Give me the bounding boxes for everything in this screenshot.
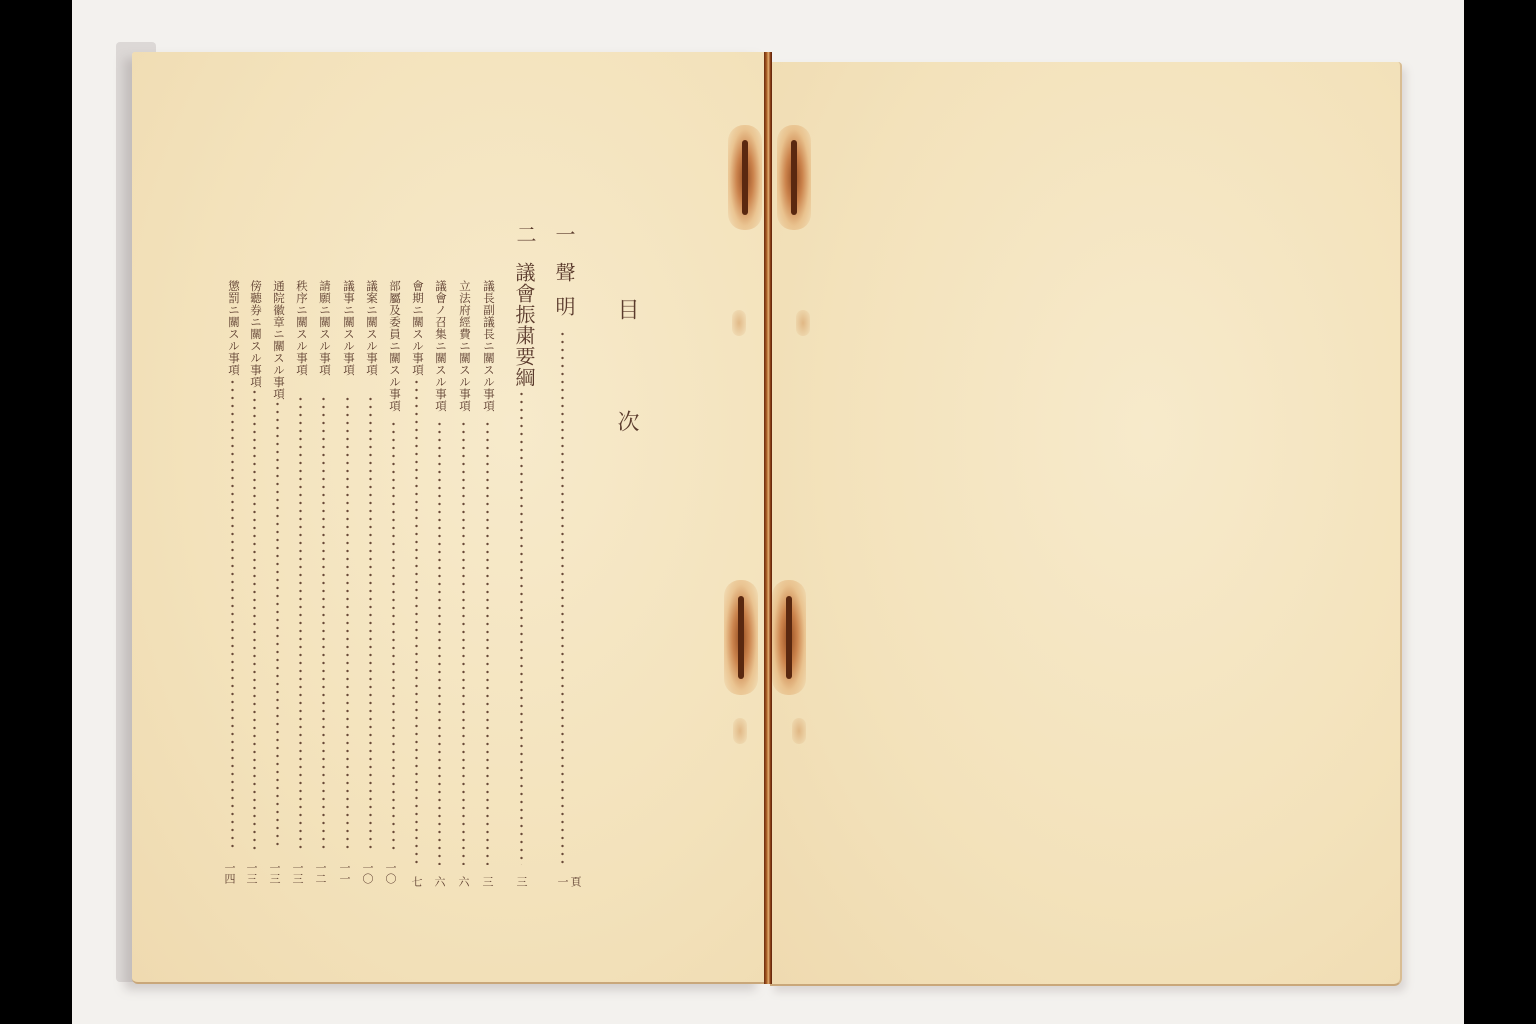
leader-dots <box>415 378 418 865</box>
leader-dots <box>462 420 465 865</box>
page-number: 一〇 <box>362 862 373 884</box>
toc-item: 傍聽券ニ關スル事項 <box>248 280 264 388</box>
leader-dots <box>231 378 234 850</box>
leader-dots <box>369 395 372 850</box>
page-number: 六 <box>434 876 445 887</box>
rust-spot <box>796 310 810 336</box>
page-number: 一〇 <box>385 862 396 884</box>
staple-rust-mark <box>772 580 806 695</box>
page-number: 七 <box>411 876 422 887</box>
rust-spot <box>733 718 747 744</box>
leader-dots <box>561 330 564 865</box>
toc-item: 議案ニ關スル事項 <box>364 280 380 376</box>
staple-rust-mark <box>724 580 758 695</box>
section-number: 二 <box>511 224 540 245</box>
leader-dots <box>486 420 489 865</box>
page-number: 一三 <box>292 862 303 884</box>
toc-item: 會期ニ關スル事項 <box>410 280 426 376</box>
section-title: 議會振粛要綱 <box>510 262 539 388</box>
leader-dots <box>438 420 441 865</box>
page-number: 一一 <box>339 862 350 884</box>
right-page-blank <box>770 62 1402 986</box>
page-number: 一 <box>557 876 568 887</box>
toc-item: 懲罰ニ關スル事項 <box>226 280 242 376</box>
toc-item: 立法府經費ニ關スル事項 <box>457 280 473 412</box>
toc-item: 部屬及委員ニ關スル事項 <box>387 280 403 412</box>
toc-item: 秩序ニ關スル事項 <box>294 280 310 376</box>
section-title: 聲明 <box>550 262 579 330</box>
page-number: 一三 <box>246 862 257 884</box>
leader-dots <box>322 395 325 850</box>
leader-dots <box>392 420 395 850</box>
leader-dots <box>253 388 256 850</box>
page-number: 三 <box>482 876 493 887</box>
staple-rust-mark <box>728 125 762 230</box>
section-number: 一 <box>550 224 579 245</box>
left-page-table-of-contents <box>132 52 764 984</box>
page-number: 一四 <box>224 862 235 884</box>
page-label: 頁 <box>570 876 581 887</box>
page-number: 一二 <box>315 862 326 884</box>
toc-title-char: 次 <box>611 410 642 432</box>
leader-dots <box>299 395 302 850</box>
toc-title-char: 目 <box>611 298 642 320</box>
leader-dots <box>276 400 279 850</box>
toc-item: 議會ノ召集ニ關スル事項 <box>433 280 449 412</box>
rust-spot <box>792 718 806 744</box>
leader-dots <box>520 390 523 865</box>
book-spine <box>764 52 772 984</box>
rust-spot <box>732 310 746 336</box>
page-number: 一三 <box>269 862 280 884</box>
staple-rust-mark <box>777 125 811 230</box>
toc-item: 請願ニ關スル事項 <box>317 280 333 376</box>
page-number: 三 <box>516 876 527 887</box>
page-number: 六 <box>458 876 469 887</box>
leader-dots <box>346 395 349 850</box>
toc-item: 通院徽章ニ關スル事項 <box>271 280 287 400</box>
toc-item: 議事ニ關スル事項 <box>341 280 357 376</box>
toc-item: 議長副議長ニ關スル事項 <box>481 280 497 412</box>
